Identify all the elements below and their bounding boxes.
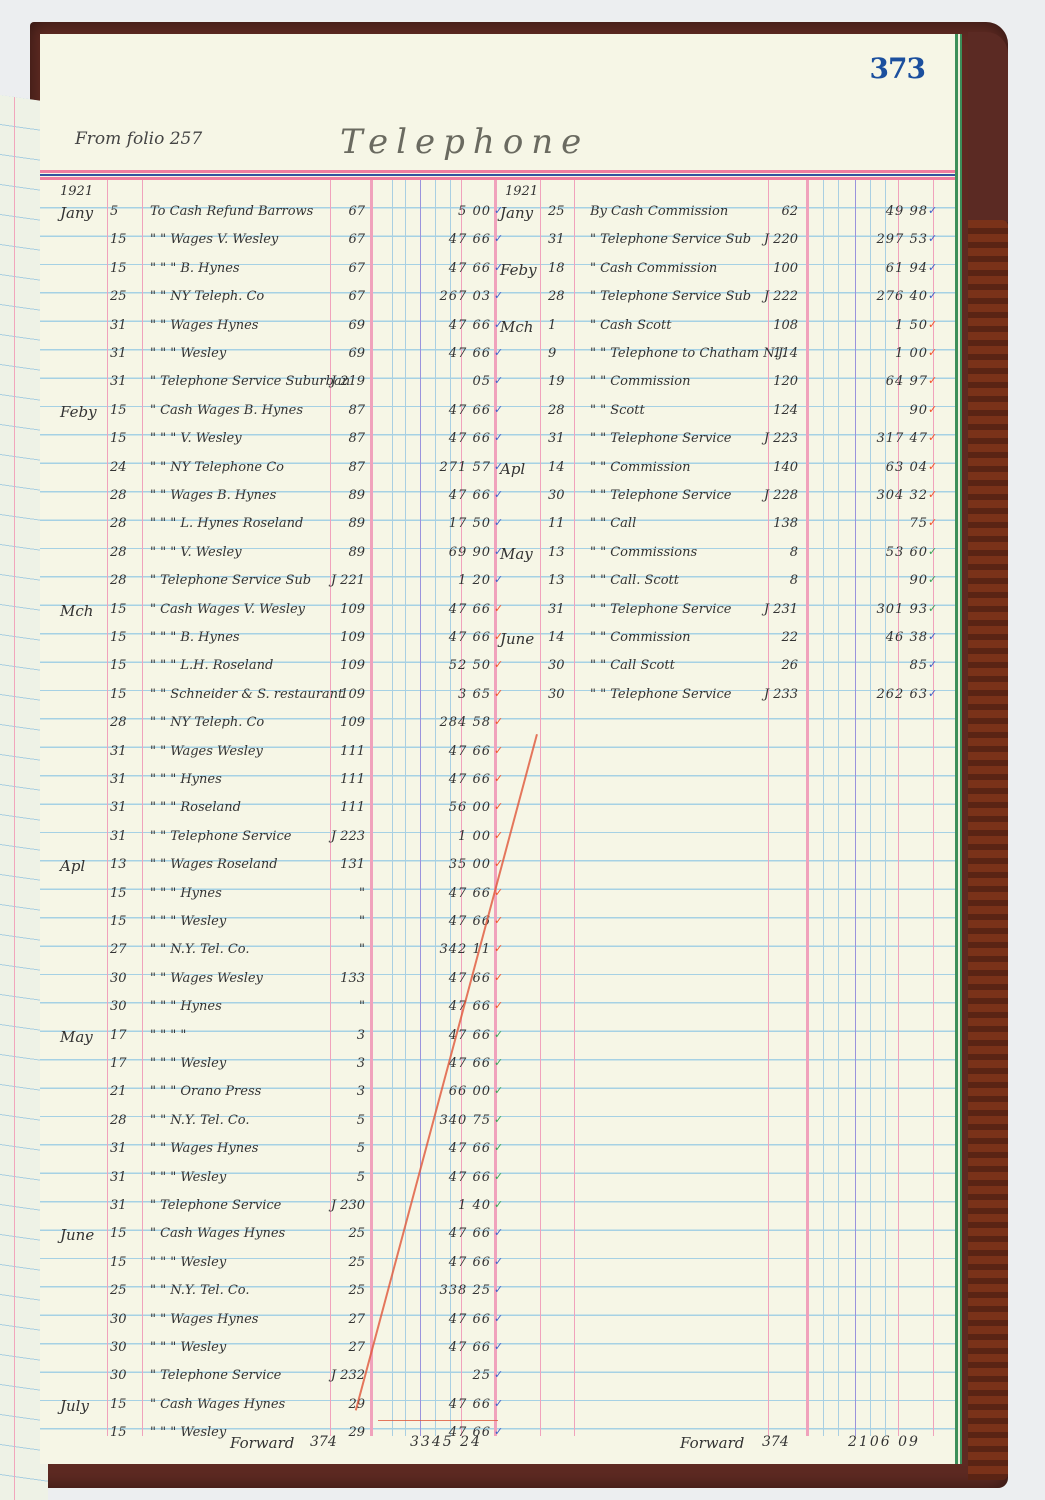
header-rule [40,170,955,180]
check-mark-icon: ✓ [494,1170,504,1183]
entry-day: 31 [110,772,138,787]
entry-folio: 111 [325,800,365,815]
entry-folio: 108 [758,318,798,333]
check-mark-icon: ✓ [928,516,938,529]
entry-day: 17 [110,1056,138,1071]
debit-entry-row: 25" " N.Y. Tel. Co.25338 25✓ [40,1277,955,1305]
entry-folio: 120 [758,374,798,389]
entry-folio: 114 [758,346,798,361]
debit-entry-row: 30" Telephone ServiceJ 23225✓ [40,1362,955,1390]
debit-entry-row: 21" " " Orano Press366 00✓ [40,1078,955,1106]
entry-amount: 47 66 [425,1340,491,1355]
credit-entry-row: Mch1" Cash Scott1081 50✓ [40,312,955,340]
debit-entry-row: 30" " Wages Wesley13347 66✓ [40,965,955,993]
entry-day: 25 [548,204,576,219]
credit-entry-row: 11" " Call13875✓ [40,510,955,538]
entry-amount: 90 [850,573,928,588]
book-cover-edge [968,220,1008,1480]
forward-label-left: Forward [230,1434,294,1452]
debit-entry-row: 31" " Telephone ServiceJ 2231 00✓ [40,823,955,851]
entry-day: 15 [110,914,138,929]
entry-folio: " [325,886,365,901]
check-mark-icon: ✓ [928,403,938,416]
debit-entry-row: 31" Telephone ServiceJ 2301 40✓ [40,1192,955,1220]
entry-amount: 49 98 [850,204,928,219]
entry-folio: 8 [758,573,798,588]
check-mark-icon: ✓ [928,658,938,671]
check-mark-icon: ✓ [494,829,504,842]
check-mark-icon: ✓ [494,1283,504,1296]
check-mark-icon: ✓ [494,800,504,813]
entry-amount: 47 66 [425,1312,491,1327]
check-mark-icon: ✓ [494,1368,504,1381]
entry-folio: 138 [758,516,798,531]
debit-entry-row: 31" " " Roseland11156 00✓ [40,794,955,822]
entry-folio: 22 [758,630,798,645]
entry-folio: 5 [325,1113,365,1128]
entry-amount: 47 66 [425,1170,491,1185]
page-number: 373 [870,52,925,85]
entry-day: 13 [548,545,576,560]
entry-folio: 25 [325,1226,365,1241]
entry-folio: 27 [325,1312,365,1327]
entry-day: 27 [110,942,138,957]
entry-amount: 46 38 [850,630,928,645]
entry-folio: 27 [325,1340,365,1355]
entry-day: 30 [110,1340,138,1355]
entry-day: 14 [548,630,576,645]
entry-day: 15 [110,1425,138,1440]
check-mark-icon: ✓ [494,1397,504,1410]
forward-total-right: 2106 09 [848,1434,920,1450]
check-mark-icon: ✓ [928,261,938,274]
check-mark-icon: ✓ [928,602,938,615]
check-mark-icon: ✓ [494,744,504,757]
entry-day: 31 [110,744,138,759]
entry-day: 28 [110,715,138,730]
debit-entry-row: 31" " " Wesley547 66✓ [40,1164,955,1192]
check-mark-icon: ✓ [494,1141,504,1154]
entry-folio: J 232 [325,1368,365,1383]
entry-day: 30 [110,1368,138,1383]
entry-amount: 47 66 [425,886,491,901]
entry-folio: J 233 [758,687,798,702]
check-mark-icon: ✓ [928,431,938,444]
entry-day: 9 [548,346,576,361]
entry-amount: 35 00 [425,857,491,872]
check-mark-icon: ✓ [928,488,938,501]
entry-folio: J 223 [325,829,365,844]
entry-day: 28 [110,1113,138,1128]
forward-folio-left: 374 [310,1434,337,1450]
entry-day: 30 [110,999,138,1014]
debit-entry-row: 31" " " Hynes11147 66✓ [40,766,955,794]
check-mark-icon: ✓ [494,1226,504,1239]
entry-amount: 301 93 [850,602,928,617]
check-mark-icon: ✓ [928,460,938,473]
entry-amount: 276 40 [850,289,928,304]
entry-day: 18 [548,261,576,276]
forward-total-left: 3345 24 [410,1434,482,1450]
entry-amount: 1 00 [850,346,928,361]
entry-amount: 56 00 [425,800,491,815]
entry-day: 31 [110,1170,138,1185]
credit-entry-row: 28" " Scott12490✓ [40,397,955,425]
entry-day: 15 [110,1226,138,1241]
check-mark-icon: ✓ [494,1312,504,1325]
from-folio-note: From folio 257 [75,129,202,149]
entry-day: 13 [548,573,576,588]
entry-amount: 297 53 [850,232,928,247]
credit-entry-row: 30" " Telephone ServiceJ 233262 63✓ [40,681,955,709]
check-mark-icon: ✓ [494,1028,504,1041]
entry-amount: 47 66 [425,744,491,759]
entry-day: 15 [110,886,138,901]
entry-amount: 61 94 [850,261,928,276]
entry-folio: 111 [325,744,365,759]
entry-amount: 25 [425,1368,491,1383]
debit-entry-row: 30" " Wages Hynes2747 66✓ [40,1306,955,1334]
check-mark-icon: ✓ [928,374,938,387]
check-mark-icon: ✓ [494,999,504,1012]
entry-folio: 109 [325,715,365,730]
check-mark-icon: ✓ [494,942,504,955]
entry-day: 15 [110,1255,138,1270]
credit-entry-row: Apl14" " Commission14063 04✓ [40,454,955,482]
entry-folio: J 222 [758,289,798,304]
entry-folio: 133 [325,971,365,986]
entry-day: 28 [548,289,576,304]
credit-entry-row: June14" " Commission2246 38✓ [40,624,955,652]
entry-amount: 262 63 [850,687,928,702]
entry-amount: 1 50 [850,318,928,333]
entry-day: 30 [110,1312,138,1327]
entry-folio: 62 [758,204,798,219]
entry-amount: 66 00 [425,1084,491,1099]
check-mark-icon: ✓ [494,1056,504,1069]
entry-day: 28 [548,403,576,418]
entry-day: 1 [548,318,576,333]
entry-folio: 124 [758,403,798,418]
entry-amount: 90 [850,403,928,418]
entry-amount: 47 66 [425,1056,491,1071]
entry-day: 31 [548,232,576,247]
year-left: 1921 [60,184,93,199]
entry-amount: 284 58 [425,715,491,730]
entry-day: 31 [110,800,138,815]
entry-folio: 3 [325,1056,365,1071]
entry-folio: J 223 [758,431,798,446]
entry-day: 30 [548,658,576,673]
entry-amount: 75 [850,516,928,531]
debit-entry-row: 17" " " Wesley347 66✓ [40,1050,955,1078]
credit-entry-row: 9" " Telephone to Chatham N.J.1141 00✓ [40,340,955,368]
credit-entry-row: 30" " Call Scott2685✓ [40,652,955,680]
debit-entry-row: 31" " Wages Hynes547 66✓ [40,1135,955,1163]
check-mark-icon: ✓ [928,573,938,586]
debit-entry-row: 15" " " Wesley2947 66✓ [40,1419,955,1447]
check-mark-icon: ✓ [928,687,938,700]
entry-day: 17 [110,1028,138,1043]
entry-folio: " [325,999,365,1014]
entry-amount: 1 40 [425,1198,491,1213]
entry-day: 25 [110,1283,138,1298]
entry-folio: 100 [758,261,798,276]
debit-entry-row: May17" " " "347 66✓ [40,1022,955,1050]
entry-folio: J 230 [325,1198,365,1213]
check-mark-icon: ✓ [928,346,938,359]
entry-amount: 317 47 [850,431,928,446]
credit-entry-row: 13" " Call. Scott890✓ [40,567,955,595]
entry-folio: J 231 [758,602,798,617]
closing-underline [378,1420,498,1421]
credit-entry-row: May13" " Commissions853 60✓ [40,539,955,567]
entry-day: 14 [548,460,576,475]
entry-amount: 47 66 [425,1397,491,1412]
entry-day: 30 [110,971,138,986]
credit-entry-row: 28" Telephone Service SubJ 222276 40✓ [40,283,955,311]
entry-folio: 3 [325,1084,365,1099]
entry-day: 31 [110,829,138,844]
entry-folio: 26 [758,658,798,673]
book-cover-corner [968,32,1008,222]
debit-entry-row: 15" " " Wesley2547 66✓ [40,1249,955,1277]
entry-day: 31 [548,431,576,446]
credit-entry-row: Feby18" Cash Commission10061 94✓ [40,255,955,283]
check-mark-icon: ✓ [928,630,938,643]
entry-amount: 47 66 [425,999,491,1014]
entry-day: 19 [548,374,576,389]
check-mark-icon: ✓ [494,1255,504,1268]
entry-amount: 47 66 [425,1141,491,1156]
debit-entry-row: 27" " N.Y. Tel. Co."342 11✓ [40,936,955,964]
credit-entry-row: 31" Telephone Service SubJ 220297 53✓ [40,226,955,254]
check-mark-icon: ✓ [928,204,938,217]
entry-folio: 25 [325,1283,365,1298]
check-mark-icon: ✓ [928,318,938,331]
entry-amount: 47 66 [425,1255,491,1270]
check-mark-icon: ✓ [494,1084,504,1097]
check-mark-icon: ✓ [928,289,938,302]
check-mark-icon: ✓ [494,772,504,785]
check-mark-icon: ✓ [494,1113,504,1126]
entry-folio: 8 [758,545,798,560]
entry-folio: " [325,942,365,957]
debit-entry-row: June15" Cash Wages Hynes2547 66✓ [40,1220,955,1248]
entry-folio: 5 [325,1170,365,1185]
entry-day: 31 [110,1141,138,1156]
credit-entry-row: 19" " Commission12064 97✓ [40,368,955,396]
entry-amount: 47 66 [425,1226,491,1241]
check-mark-icon: ✓ [494,914,504,927]
check-mark-icon: ✓ [494,1198,504,1211]
entry-folio: J 220 [758,232,798,247]
debit-entry-row: 28" " N.Y. Tel. Co.5340 75✓ [40,1107,955,1135]
entry-folio: 3 [325,1028,365,1043]
credit-entry-row: 31" " Telephone ServiceJ 223317 47✓ [40,425,955,453]
debit-entry-row: 28" " NY Teleph. Co109284 58✓ [40,709,955,737]
entry-folio: J 228 [758,488,798,503]
entry-amount: 304 32 [850,488,928,503]
entry-amount: 64 97 [850,374,928,389]
entry-day: 11 [548,516,576,531]
check-mark-icon: ✓ [928,545,938,558]
entry-day: 31 [110,1198,138,1213]
forward-folio-right: 374 [762,1434,789,1450]
debit-entry-row: 30" " " Wesley2747 66✓ [40,1334,955,1362]
debit-entry-row: 31" " Wages Wesley11147 66✓ [40,738,955,766]
forward-label-right: Forward [680,1434,744,1452]
ledger-page: 373 From folio 257 Telephone 1921 1921 J… [40,34,958,1464]
entry-folio: 131 [325,857,365,872]
entry-folio: " [325,914,365,929]
entry-amount: 85 [850,658,928,673]
debit-entry-row: July15" Cash Wages Hynes2947 66✓ [40,1391,955,1419]
entry-amount: 47 66 [425,914,491,929]
account-title: Telephone [340,122,589,162]
entry-day: 30 [548,488,576,503]
entry-day: 21 [110,1084,138,1099]
credit-entry-row: Jany25By Cash Commission6249 98✓ [40,198,955,226]
check-mark-icon: ✓ [494,1340,504,1353]
debit-entry-row: 15" " " Wesley"47 66✓ [40,908,955,936]
credit-entry-row: 30" " Telephone ServiceJ 228304 32✓ [40,482,955,510]
entry-day: 30 [548,687,576,702]
entry-amount: 1 00 [425,829,491,844]
entry-folio: 111 [325,772,365,787]
check-mark-icon: ✓ [494,715,504,728]
entry-day: 31 [548,602,576,617]
entry-day: 15 [110,1397,138,1412]
check-mark-icon: ✓ [494,1425,504,1438]
check-mark-icon: ✓ [494,971,504,984]
entry-amount: 53 60 [850,545,928,560]
entry-day: 13 [110,857,138,872]
check-mark-icon: ✓ [928,232,938,245]
entry-amount: 338 25 [425,1283,491,1298]
entry-folio: 5 [325,1141,365,1156]
entry-folio: 140 [758,460,798,475]
entry-amount: 47 66 [425,772,491,787]
entry-amount: 47 66 [425,971,491,986]
entry-folio: 25 [325,1255,365,1270]
debit-entry-row: 30" " " Hynes"47 66✓ [40,993,955,1021]
year-right: 1921 [505,184,538,199]
entry-amount: 63 04 [850,460,928,475]
credit-entry-row: 31" " Telephone ServiceJ 231301 93✓ [40,596,955,624]
